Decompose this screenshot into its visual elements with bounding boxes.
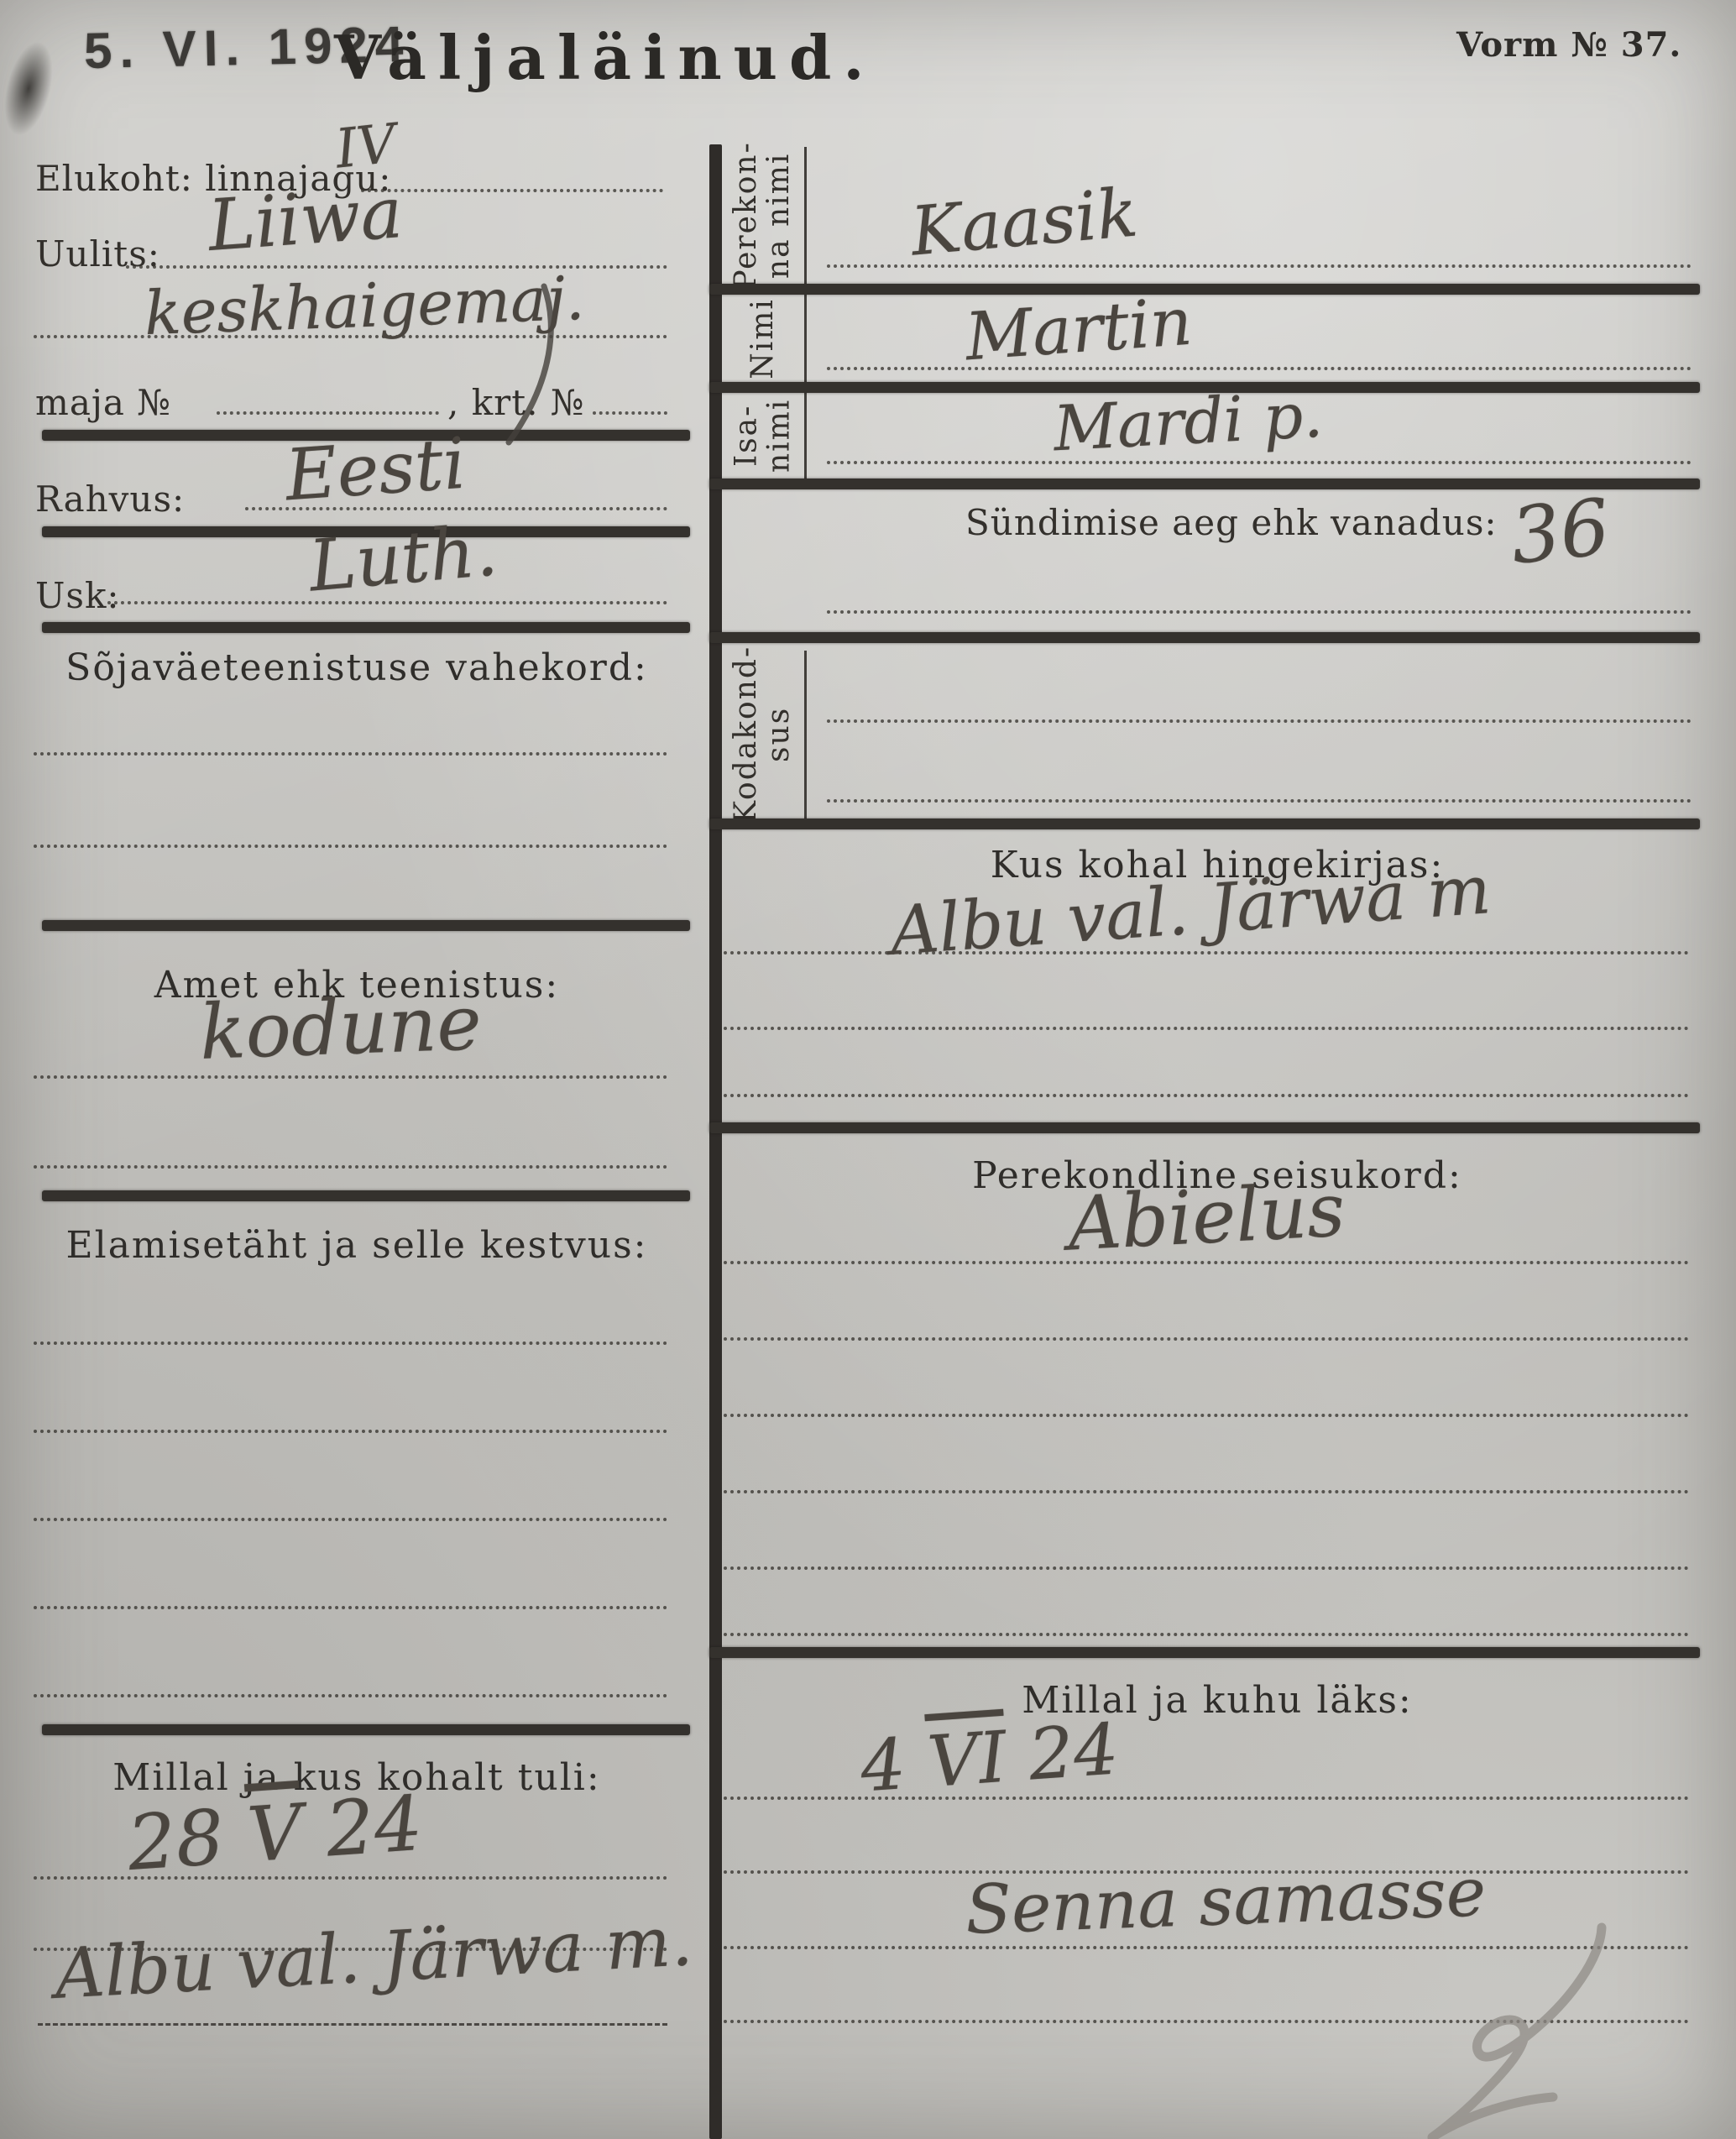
section-rule: [709, 1647, 1700, 1658]
dotted-line: [724, 1414, 1689, 1417]
dotted-line: [34, 1518, 667, 1521]
perekonnanimi-label: Perekon-na nimi: [724, 147, 803, 284]
sojavae-heading: Sõjaväeteenistuse vahekord:: [34, 646, 680, 689]
nimi-value: Martin: [963, 285, 1195, 376]
amet-value: kodune: [198, 979, 483, 1077]
laks-heading: Millal ja kuhu läks:: [756, 1679, 1679, 1722]
dotted-line: [34, 1876, 667, 1880]
page-title: Väljaläinud.: [334, 22, 876, 93]
dotted-line: [724, 1261, 1689, 1264]
section-rule: [709, 1122, 1700, 1133]
section-rule: [42, 1724, 690, 1735]
perekonnanimi-label-line1: Perekon-: [730, 141, 763, 290]
dotted-line: [107, 601, 667, 604]
elukoht-value: IV: [332, 112, 399, 180]
isanimi-label-line2: nimi: [763, 398, 796, 472]
section-rule: [709, 632, 1700, 643]
dotted-line: [724, 1490, 1689, 1493]
laks-month: VI: [925, 1716, 1009, 1803]
tuli-year: 24: [323, 1780, 426, 1875]
seisukord-value: Abielus: [1066, 1166, 1347, 1267]
dashed-line: [38, 2023, 667, 2026]
perekonnanimi-label-line2: na nimi: [763, 141, 796, 290]
dotted-line: [724, 1094, 1689, 1097]
sundimise-label: Sündimise aeg ehk vanadus:: [965, 502, 1498, 543]
dotted-line: [827, 719, 1692, 723]
tuli-place: Albu val. Järwa m.: [53, 1901, 694, 2015]
section-rule: [42, 920, 690, 931]
maja-label: maja №: [35, 382, 171, 423]
tuli-day: 28: [125, 1793, 227, 1888]
dotted-line: [361, 189, 663, 192]
section-rule: [709, 818, 1700, 829]
section-rule: [42, 1190, 690, 1201]
rahvus-label: Rahvus:: [35, 479, 185, 520]
dotted-line: [34, 752, 667, 756]
dotted-line: [217, 411, 439, 415]
dotted-line: [34, 1430, 667, 1433]
dotted-line: [724, 1633, 1689, 1636]
laks-date: 4 VI 24: [858, 1708, 1122, 1807]
dotted-line: [34, 1075, 667, 1079]
elamisetaht-heading: Elamisetäht ja selle kestvus:: [34, 1224, 680, 1267]
ink-smudge: [0, 36, 61, 140]
tuli-month: V: [245, 1788, 306, 1880]
scanned-form-valjalainud: 5. VI. 1924 Väljaläinud. Vorm № 37. Eluk…: [0, 0, 1736, 2139]
dotted-line: [34, 1606, 667, 1609]
dotted-line: [724, 1027, 1689, 1030]
sundimise-value: 36: [1507, 482, 1614, 582]
column-divider: [709, 144, 722, 2139]
dotted-line: [827, 799, 1692, 803]
form-number: Vorm № 37.: [1456, 25, 1681, 65]
usk-value: Luth.: [306, 509, 500, 607]
isanimi-label: Isa-nimi: [724, 392, 803, 479]
dotted-line: [34, 845, 667, 848]
kodakondsus-label-line2: sus: [763, 646, 796, 824]
uulits-value: Liiwa: [206, 171, 405, 267]
pencil-mark: [1385, 1922, 1629, 2139]
nimi-label-text: Nimi: [745, 298, 780, 379]
laks-year: 24: [1026, 1708, 1121, 1796]
label-divider: [804, 147, 807, 479]
perekonnanimi-value: Kaasik: [907, 173, 1140, 270]
dotted-line: [593, 411, 667, 415]
dotted-line: [724, 1337, 1689, 1341]
laks-day: 4: [858, 1723, 908, 1807]
usk-label: Usk:: [35, 575, 120, 616]
dotted-line: [34, 1694, 667, 1697]
dotted-line: [827, 610, 1692, 614]
dotted-line: [827, 461, 1692, 464]
rahvus-value: Eesti: [283, 422, 468, 517]
dotted-line: [126, 265, 667, 269]
dotted-line: [34, 1165, 667, 1169]
kodakondsus-label: Kodakond-sus: [724, 651, 803, 818]
label-divider: [804, 651, 807, 818]
nimi-label: Nimi: [724, 295, 803, 382]
isanimi-label-line1: Isa-: [730, 398, 763, 472]
dotted-line: [827, 367, 1692, 370]
dotted-line: [34, 1341, 667, 1345]
kodakondsus-label-line1: Kodakond-: [730, 646, 763, 824]
dotted-line: [724, 951, 1689, 954]
dotted-line: [724, 1566, 1689, 1570]
section-rule: [709, 284, 1700, 295]
isanimi-value: Mardi p.: [1052, 379, 1325, 466]
section-rule: [42, 622, 690, 633]
